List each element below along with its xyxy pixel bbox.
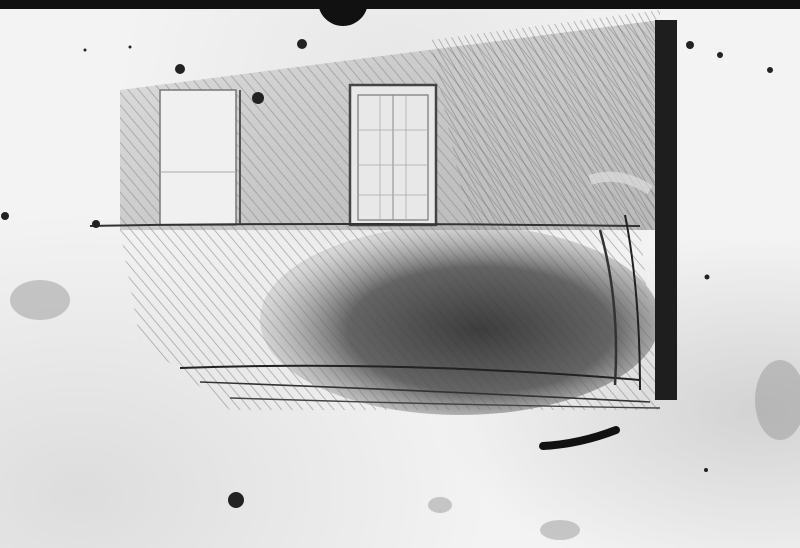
window (350, 85, 436, 225)
sketch-paper (0, 0, 800, 548)
floor (120, 225, 660, 415)
ink-stroke (543, 430, 616, 446)
door-panel (160, 90, 240, 225)
pencil-sketch (0, 0, 800, 548)
